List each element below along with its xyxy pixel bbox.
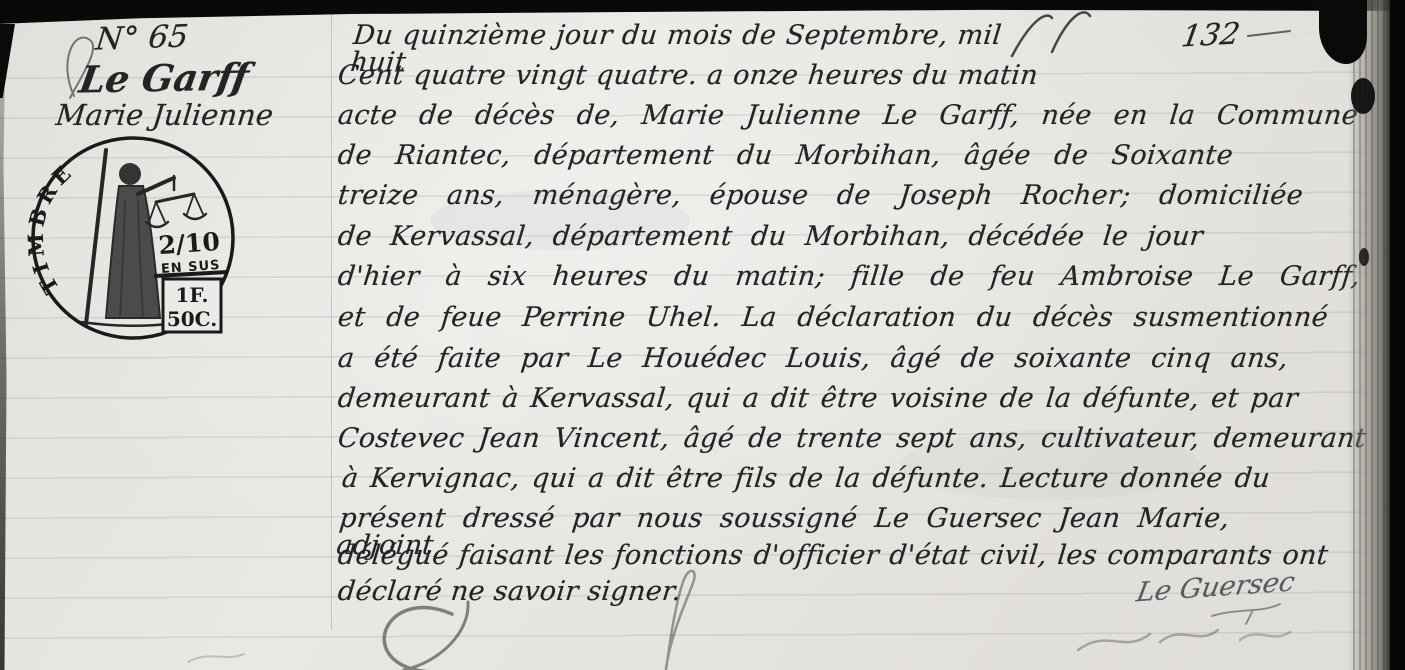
line-end-flourish — [1012, 16, 1052, 56]
margin-rule — [331, 14, 332, 630]
act-line: à Kervignac, qui a dit être fils de la d… — [341, 465, 1272, 492]
right-edge-blot — [1359, 248, 1369, 266]
left-scan-edge — [0, 24, 10, 670]
right-scan-border — [1390, 0, 1405, 670]
revenue-stamp: TIMBRE 2/10 EN SUS 1F. 50C. — [26, 130, 240, 348]
act-line: d'hier à six heures du matin; fille de f… — [337, 263, 1362, 290]
stamp-value-centimes: 50C. — [167, 307, 217, 331]
officiant-signature: Le Guersec — [1134, 567, 1297, 609]
act-line: et de feue Perrine Uhel. La déclaration … — [337, 304, 1330, 331]
margin-name-firstnames: Marie Julienne — [54, 98, 275, 132]
stamp-value-francs: 1F. — [175, 283, 208, 307]
act-line: de Kervassal, département du Morbihan, d… — [337, 223, 1205, 250]
stamp-surcharge-fraction: 2/10 — [158, 227, 221, 260]
act-line: treize ans, ménagère, épouse de Joseph R… — [337, 182, 1305, 209]
margin-name-surname: Le Garff — [76, 55, 252, 102]
act-line: déclaré ne savoir signer. — [337, 578, 760, 605]
page-number: 132 — [1179, 17, 1242, 55]
act-line: Cent quatre vingt quatre. a onze heures … — [337, 62, 1040, 89]
page-number-flourish — [1248, 31, 1290, 36]
right-edge-blot — [1351, 78, 1375, 114]
margin-act-number: N° 65 — [94, 18, 190, 57]
line-end-flourish — [1052, 12, 1090, 52]
act-line: acte de décès de, Marie Julienne Le Garf… — [337, 102, 1360, 129]
stamp-value-plate: 1F. 50C. — [154, 272, 228, 332]
act-line: demeurant à Kervassal, qui a dit être vo… — [337, 385, 1300, 412]
left-scan-wedge — [0, 24, 15, 98]
act-line: de Riantec, département du Morbihan, âgé… — [337, 142, 1235, 169]
act-line: a été faite par Le Houédec Louis, âgé de… — [337, 345, 1290, 372]
signature-underline — [1246, 612, 1252, 624]
act-line: Costevec Jean Vincent, âgé de trente sep… — [337, 425, 1368, 452]
act-line: délégué faisant les fonctions d'officier… — [337, 542, 1330, 569]
signature-underline — [1212, 604, 1280, 616]
right-edge-blot — [1319, 0, 1367, 64]
